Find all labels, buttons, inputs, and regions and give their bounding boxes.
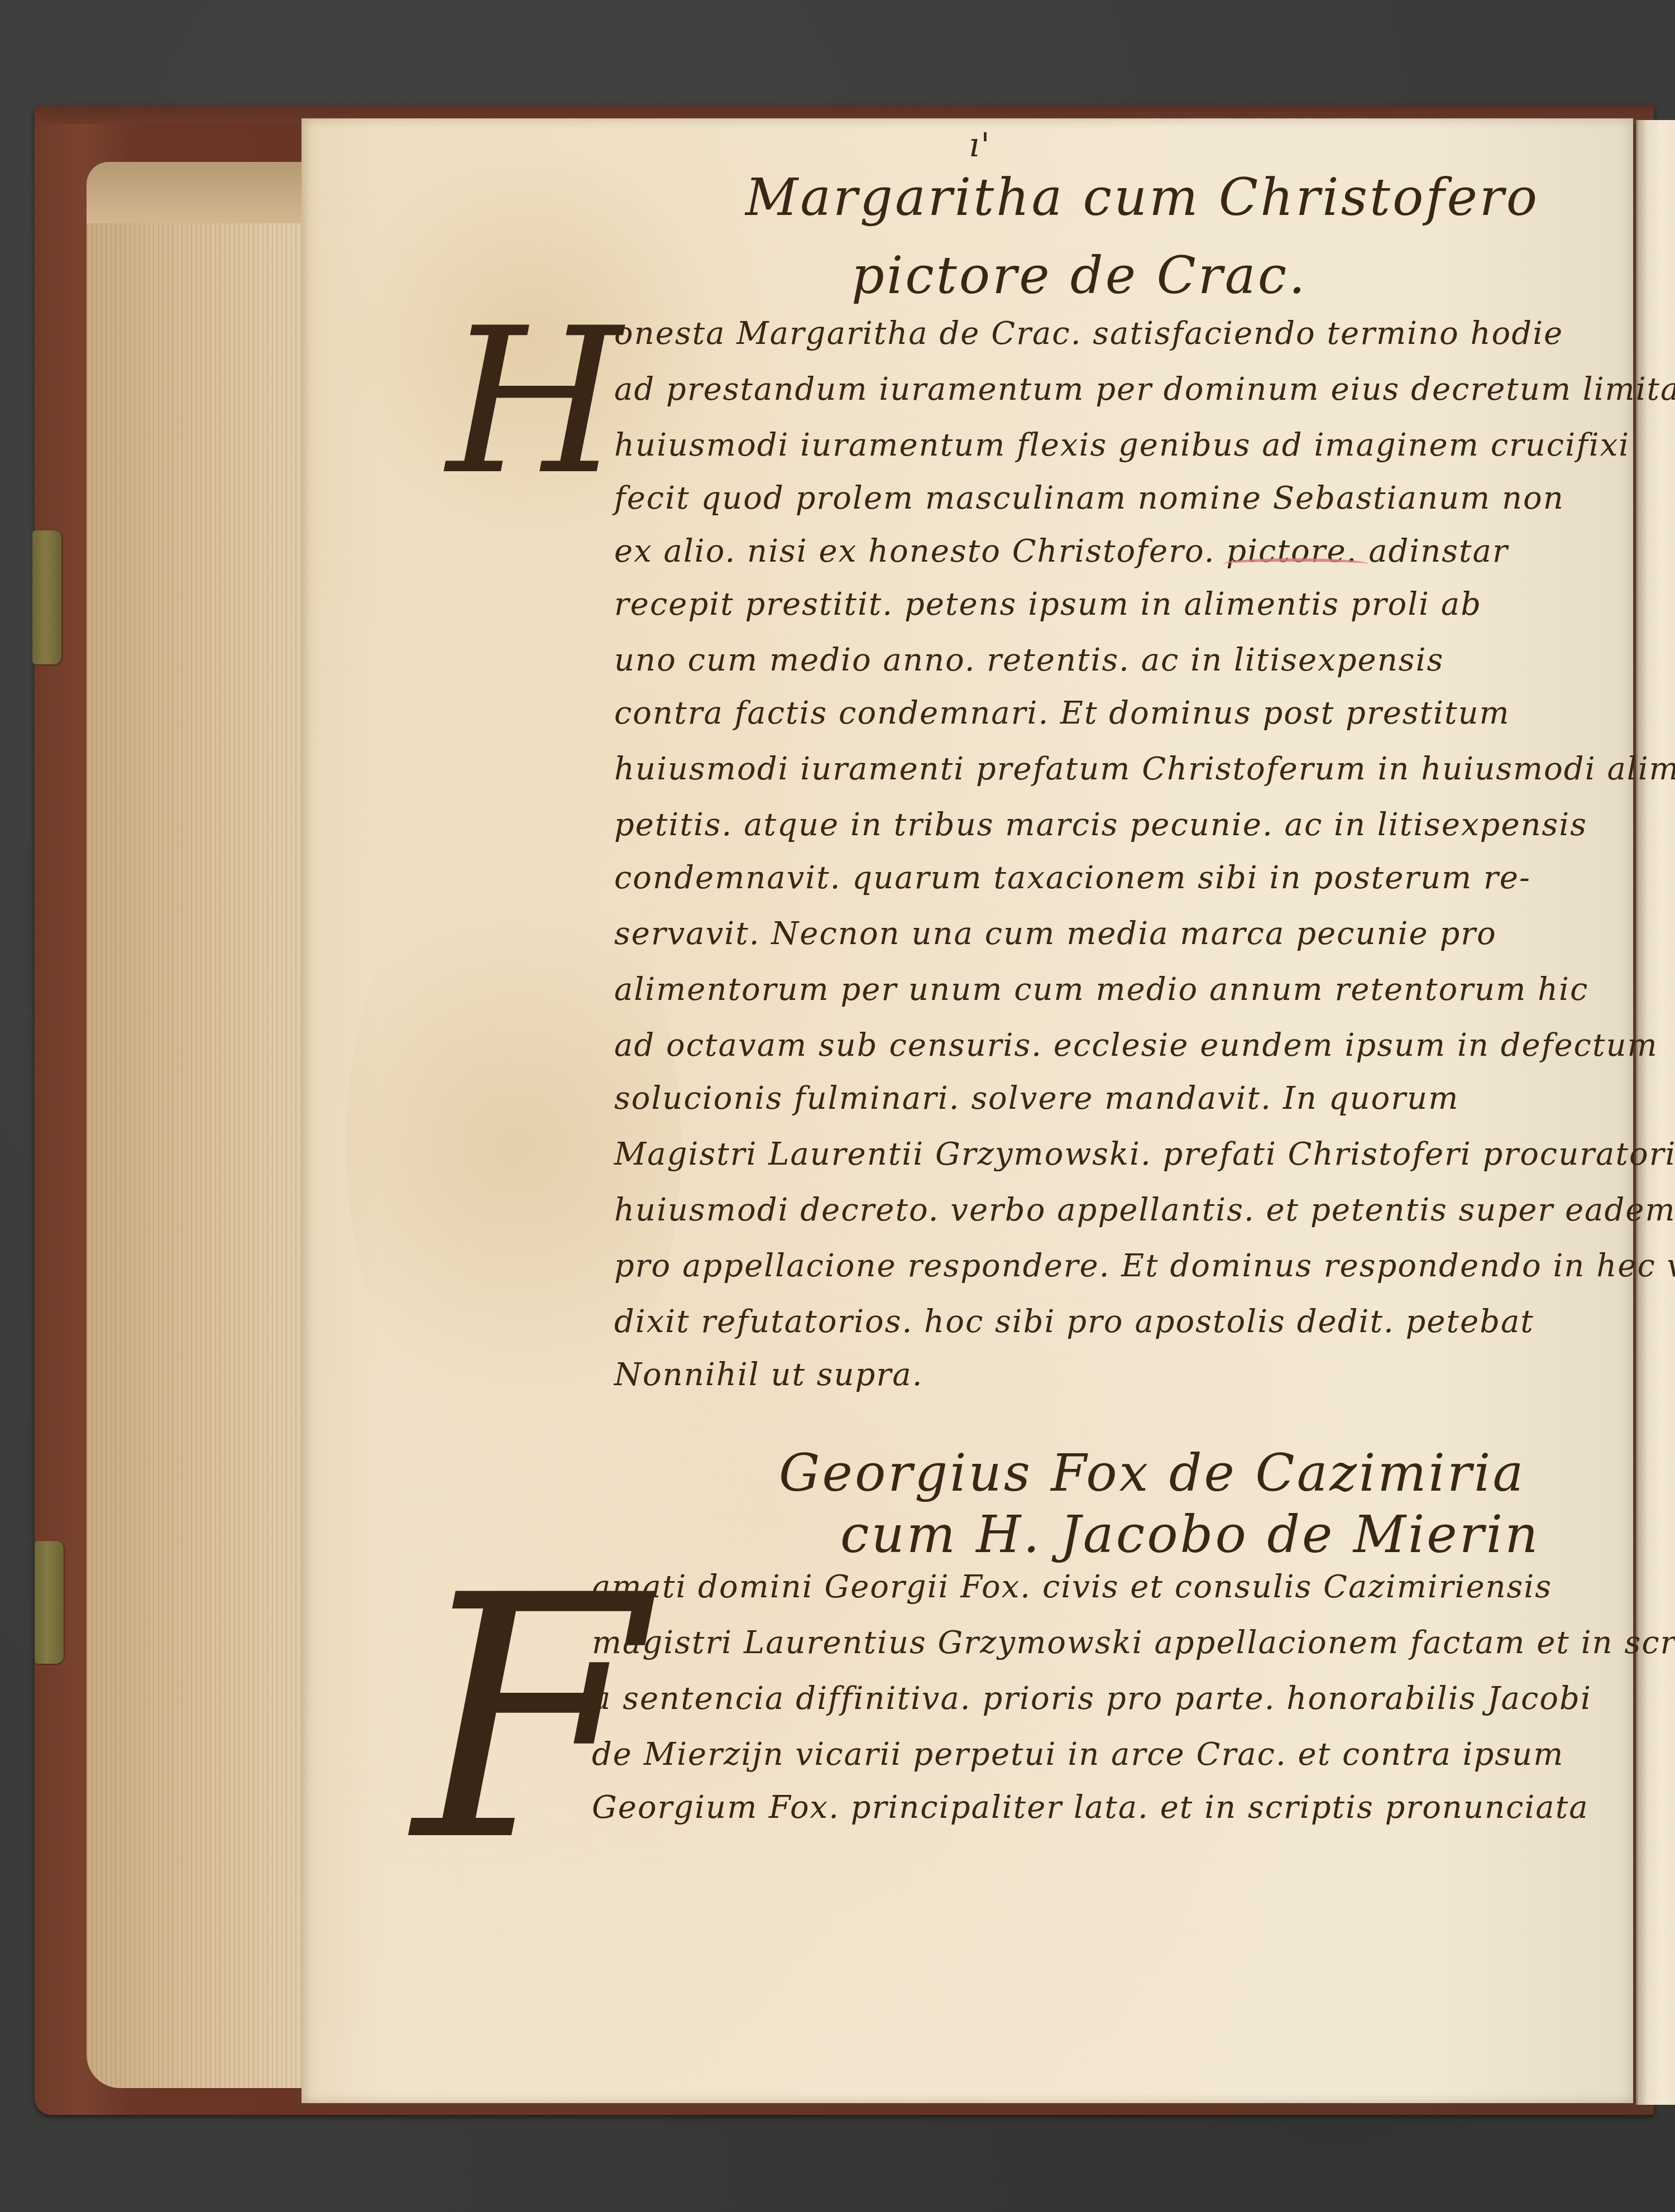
entry-2-line: magistri Laurentius Grzymowski appellaci… — [592, 1625, 1675, 1661]
entry-2-line: amati domini Georgii Fox. civis et consu… — [592, 1569, 1552, 1605]
entry-1-line: solucionis fulminari. solvere mandavit. … — [614, 1080, 1459, 1117]
entry-2-heading-line-1: Georgius Fox de Cazimiria — [779, 1443, 1525, 1503]
entry-2-heading-line-2: cum H. Jacobo de Mierin — [840, 1505, 1540, 1564]
entry-1-line: uno cum medio anno. retentis. ac in liti… — [614, 642, 1444, 678]
entry-1-line: ad octavam sub censuris. ecclesie eundem… — [614, 1027, 1658, 1064]
entry-2-line: de Mierzijn vicarii perpetui in arce Cra… — [592, 1736, 1564, 1773]
entry-1-line: Nonnihil ut supra. — [614, 1357, 923, 1393]
entry-1-line: fecit quod prolem masculinam nomine Seba… — [614, 480, 1564, 516]
entry-1-line: alimentorum per unum cum medio annum ret… — [614, 971, 1588, 1008]
page-block-fore-edge — [87, 162, 307, 2088]
entry-1-heading-line-1: Margaritha cum Christofero — [745, 167, 1539, 227]
brass-clasp-top-icon — [32, 530, 61, 664]
entry-1-heading-line-2: pictore de Crac. — [851, 246, 1307, 305]
entry-1-line: condemnavit. quarum taxacionem sibi in p… — [614, 860, 1531, 896]
entry-1-line: petitis. atque in tribus marcis pecunie.… — [614, 807, 1587, 843]
facing-page-edge — [1636, 120, 1675, 2105]
entry-1-line: pro appellacione respondere. Et dominus … — [614, 1248, 1675, 1284]
entry-1-line: onesta Margaritha de Crac. satisfaciendo… — [614, 315, 1563, 352]
entry-1-line: dixit refutatorios. hoc sibi pro apostol… — [614, 1304, 1534, 1340]
entry-1-line: huiusmodi iuramentum flexis genibus ad i… — [614, 427, 1630, 463]
entry-1-line: huiusmodi iuramenti prefatum Christoferu… — [614, 751, 1675, 787]
entry-1-line: contra factis condemnari. Et dominus pos… — [614, 695, 1510, 731]
entry-1-line: Magistri Laurentii Grzymowski. prefati C… — [614, 1136, 1675, 1172]
entry-1-line: ad prestandum iuramentum per dominum eiu… — [614, 371, 1675, 408]
red-crayon-underline — [1223, 558, 1368, 569]
entry-1-drop-cap: H — [447, 301, 622, 502]
entry-1-line: servavit. Necnon una cum media marca pec… — [614, 916, 1497, 952]
entry-2-line: Georgium Fox. principaliter lata. et in … — [592, 1789, 1589, 1826]
entry-1-line: ex alio. nisi ex honesto Christofero. pi… — [614, 533, 1509, 569]
folio-mark: ı' — [969, 126, 991, 165]
brass-clasp-bottom-icon — [35, 1541, 64, 1664]
entry-2-line: a sentencia diffinitiva. prioris pro par… — [592, 1680, 1592, 1717]
entry-1-line: huiusmodi decreto. verbo appellantis. et… — [614, 1192, 1675, 1228]
entry-1-line: recepit prestitit. petens ipsum in alime… — [614, 586, 1482, 623]
